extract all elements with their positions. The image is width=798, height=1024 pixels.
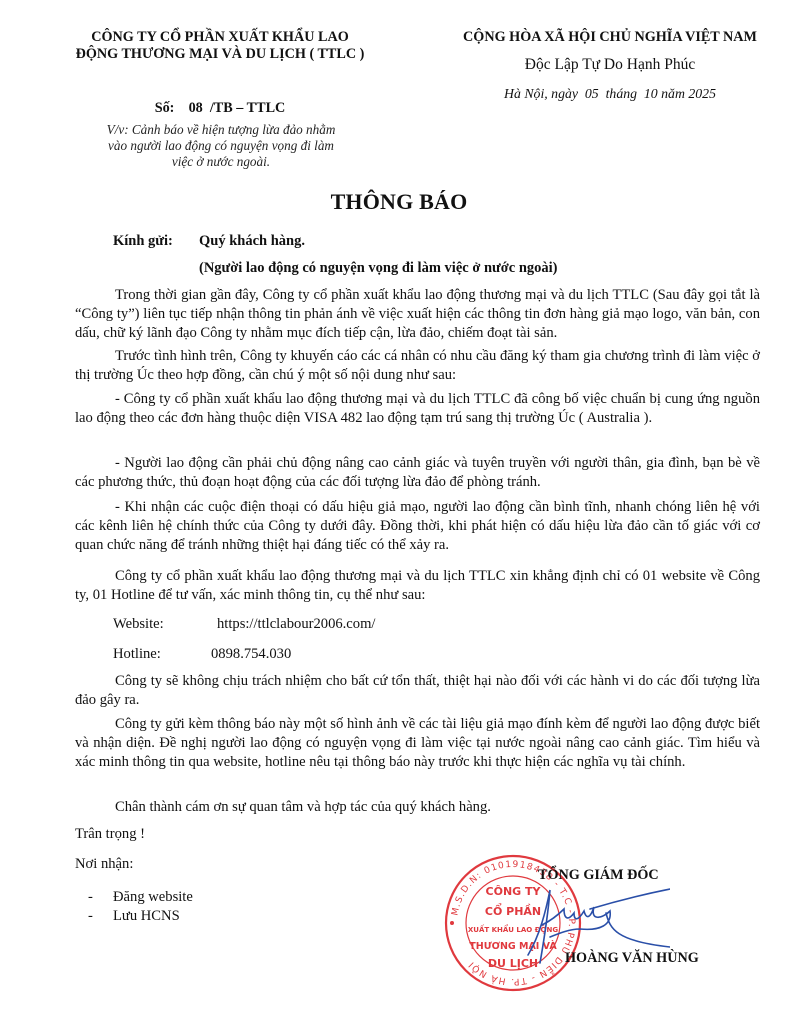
paragraph-intro: Trong thời gian gần đây, Công ty cổ phần…	[75, 286, 760, 344]
website-link[interactable]: https://ttlclabour2006.com/	[217, 616, 376, 632]
paragraph-advice: Trước tình hình trên, Công ty khuyến cáo…	[75, 347, 760, 385]
company-name: CÔNG TY CỔ PHẦN XUẤT KHẨU LAO ĐỘNG THƯƠN…	[70, 29, 370, 62]
recipient-item: -Đăng website	[88, 889, 193, 906]
paragraph-official-channels: Công ty cổ phần xuất khẩu lao động thươn…	[75, 567, 760, 605]
paragraph-point-2: - Người lao động cần phải chủ động nâng …	[75, 454, 760, 492]
hotline-number: 0898.754.030	[211, 646, 291, 662]
website-row: Website:https://ttlclabour2006.com/	[113, 616, 376, 633]
greeting-label: Kính gửi:	[113, 233, 173, 250]
paragraph-thanks: Chân thành cám ơn sự quan tâm và hợp tác…	[75, 798, 760, 817]
document-subject: V/v: Cảnh báo về hiện tượng lừa đảo nhằm…	[96, 122, 346, 170]
website-label: Website:	[113, 616, 217, 633]
paragraph-disclaimer: Công ty sẽ không chịu trách nhiệm cho bấ…	[75, 672, 760, 710]
greeting-recipient-note: (Người lao động có nguyện vọng đi làm vi…	[199, 260, 558, 277]
closing-text: Trân trọng !	[75, 826, 145, 843]
paragraph-point-3: - Khi nhận các cuộc điện thoại có dấu hi…	[75, 498, 760, 556]
paragraph-attachments: Công ty gửi kèm thông báo này một số hìn…	[75, 715, 760, 773]
date-line: Hà Nội, ngày 05 tháng 10 năm 2025	[440, 86, 780, 102]
signer-title: TỔNG GIÁM ĐỐC	[538, 867, 659, 884]
bullet-dash: -	[88, 908, 113, 925]
greeting-recipient: Quý khách hàng.	[199, 233, 305, 250]
bullet-dash: -	[88, 889, 113, 906]
hotline-row: Hotline:0898.754.030	[113, 646, 291, 663]
signer-name: HOÀNG VĂN HÙNG	[565, 950, 699, 967]
recipient-item: -Lưu HCNS	[88, 908, 180, 925]
paragraph-point-1: - Công ty cổ phần xuất khẩu lao động thư…	[75, 390, 760, 428]
national-motto: Độc Lập Tự Do Hạnh Phúc	[440, 56, 780, 74]
recipients-label: Nơi nhận:	[75, 856, 133, 873]
page-title: THÔNG BÁO	[0, 189, 798, 215]
document-number: Số: 08 /TB – TTLC	[70, 100, 370, 117]
country-name: CỘNG HÒA XÃ HỘI CHỦ NGHĨA VIỆT NAM	[440, 29, 780, 46]
hotline-label: Hotline:	[113, 646, 211, 663]
